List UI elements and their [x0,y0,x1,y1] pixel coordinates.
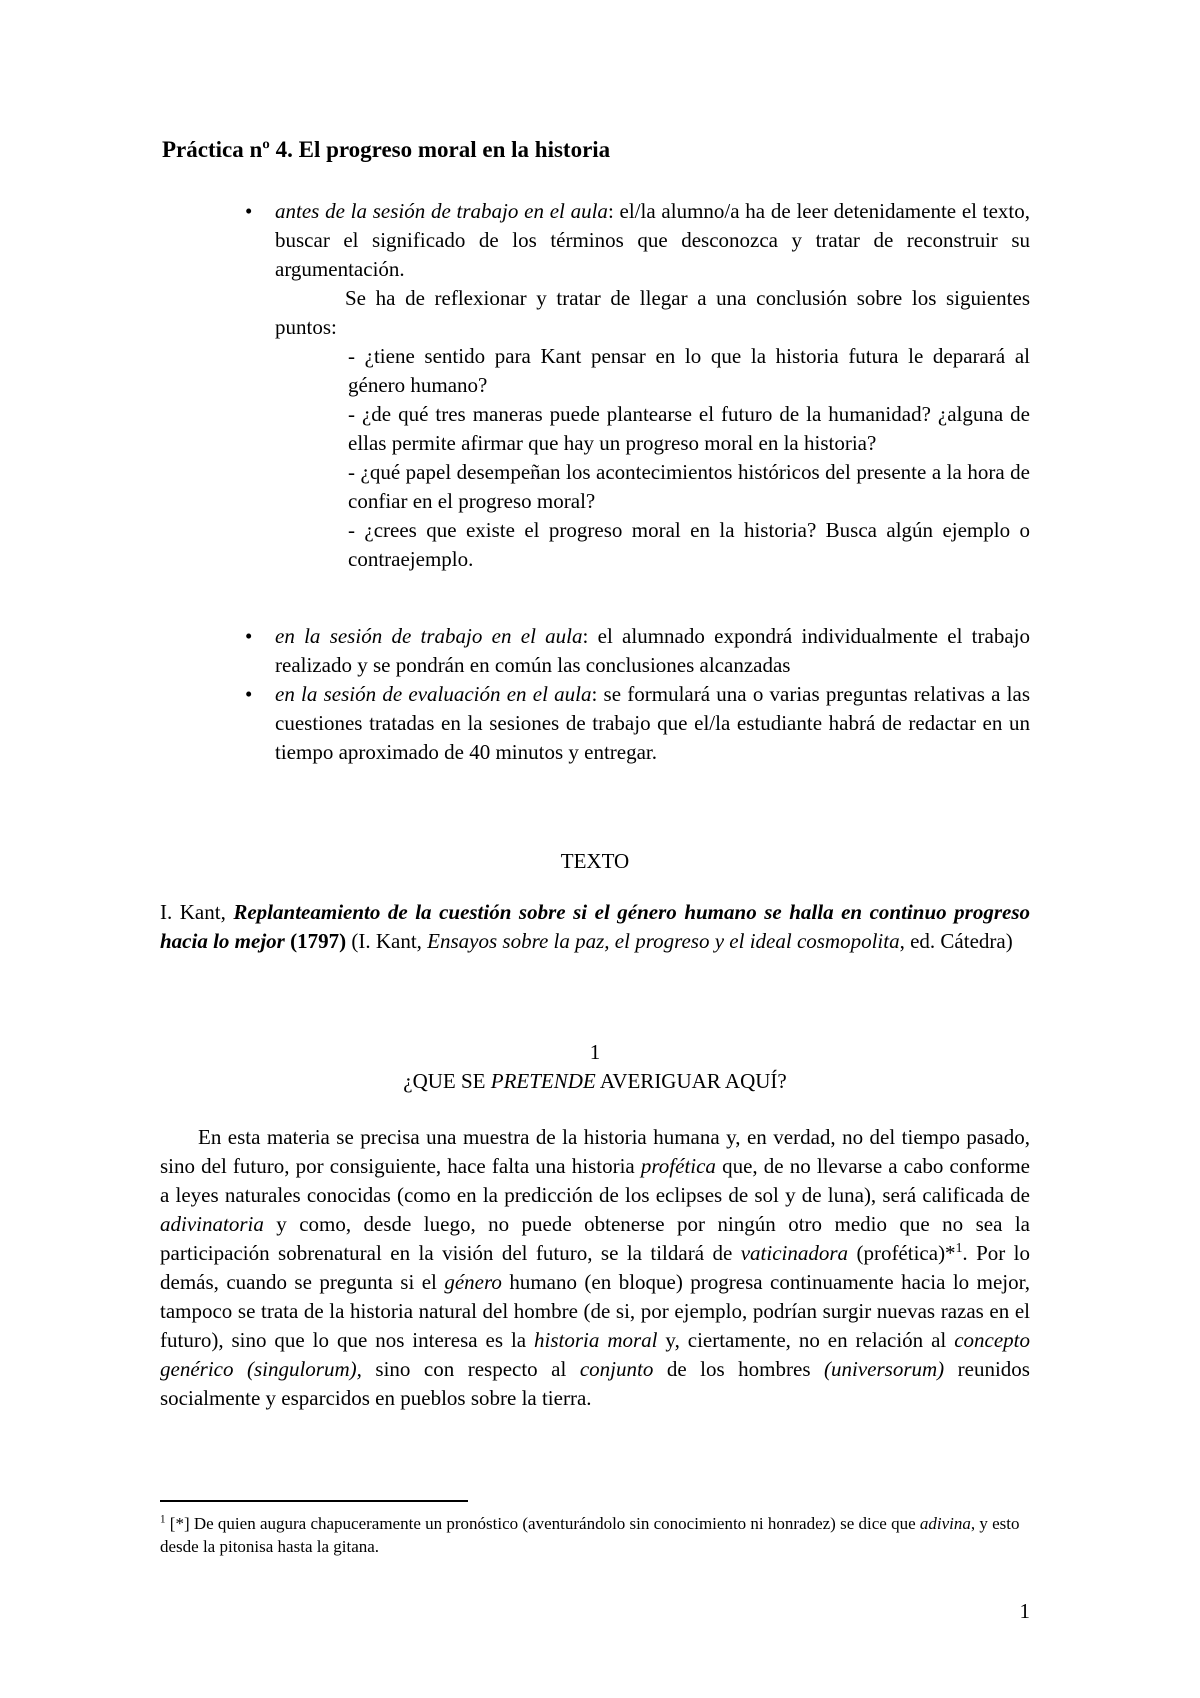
section-heading: ¿QUE SE PRETENDE AVERIGUAR AQUÍ? [160,1067,1030,1096]
citation-author: I. Kant, [160,900,233,924]
body-text: (profética)* [848,1241,956,1265]
bullet-body: antes de la sesión de trabajo en el aula… [275,197,1030,574]
document-page: Práctica nº 4. El progreso moral en la h… [0,0,1200,1698]
bullet-paragraph: antes de la sesión de trabajo en el aula… [275,197,1030,284]
instructions-list: antes de la sesión de trabajo en el aula… [160,197,1030,574]
emphasis-term: conjunto [580,1357,654,1381]
discussion-point: - ¿de qué tres maneras puede plantearse … [348,400,1030,458]
emphasis-term: historia moral [534,1328,657,1352]
bullet-body: en la sesión de trabajo en el aula: el a… [275,622,1030,680]
footnote-emphasis: adivina [920,1514,971,1533]
section-heading-text: AVERIGUAR AQUÍ? [596,1069,787,1093]
document-title: Práctica nº 4. El progreso moral en la h… [162,136,1042,164]
bullet-lead-italic: en la sesión de trabajo en el aula [275,624,583,648]
footnote-separator [160,1500,468,1502]
bullet-lead-italic: antes de la sesión de trabajo en el aula [275,199,608,223]
footnote: 1 [*] De quien augura chapuceramente un … [160,1512,1040,1558]
body-paragraph: En esta materia se precisa una muestra d… [160,1123,1030,1413]
emphasis-term: género [444,1270,502,1294]
bullet-paragraph: en la sesión de trabajo en el aula: el a… [275,622,1030,680]
emphasis-term: vaticinadora [741,1241,848,1265]
bullet-item-before-session: antes de la sesión de trabajo en el aula… [160,197,1030,574]
bullet-item-evaluation-session: en la sesión de evaluación en el aula: s… [160,680,1030,767]
reflection-paragraph: Se ha de reflexionar y tratar de llegar … [275,284,1030,342]
sessions-list: en la sesión de trabajo en el aula: el a… [160,622,1030,767]
emphasis-term: (universorum) [824,1357,944,1381]
bullet-paragraph: en la sesión de evaluación en el aula: s… [275,680,1030,767]
bullet-icon [245,197,265,226]
section-heading-text: ¿QUE SE [403,1069,491,1093]
source-open: (I. Kant, [351,929,427,953]
bullet-lead-italic: en la sesión de evaluación en el aula [275,682,591,706]
texto-heading: TEXTO [160,847,1030,876]
discussion-point: - ¿crees que existe el progreso moral en… [348,516,1030,574]
bullet-icon [245,622,265,651]
bullet-body: en la sesión de evaluación en el aula: s… [275,680,1030,767]
emphasis-term: profética [641,1154,716,1178]
source-close: , ed. Cátedra) [900,929,1013,953]
bullet-icon [245,680,265,709]
work-year: (1797) [285,929,352,953]
discussion-points: - ¿tiene sentido para Kant pensar en lo … [348,342,1030,574]
discussion-point: - ¿tiene sentido para Kant pensar en lo … [348,342,1030,400]
citation-paragraph: I. Kant, Replanteamiento de la cuestión … [160,898,1030,956]
page-number: 1 [1020,1597,1031,1626]
body-text: y, ciertamente, no en relación al [658,1328,955,1352]
body-text: sino con respecto al [362,1357,580,1381]
body-text: de los hombres [653,1357,824,1381]
section-heading-block: 1 ¿QUE SE PRETENDE AVERIGUAR AQUÍ? [160,1038,1030,1096]
discussion-point: - ¿qué papel desempeñan los acontecimien… [348,458,1030,516]
emphasis-term: adivinatoria [160,1212,264,1236]
section-heading-emphasis: PRETENDE [491,1069,596,1093]
bullet-item-work-session: en la sesión de trabajo en el aula: el a… [160,622,1030,680]
footnote-text: [*] De quien augura chapuceramente un pr… [166,1514,920,1533]
section-number: 1 [160,1038,1030,1067]
source-title: Ensayos sobre la paz, el progreso y el i… [427,929,899,953]
